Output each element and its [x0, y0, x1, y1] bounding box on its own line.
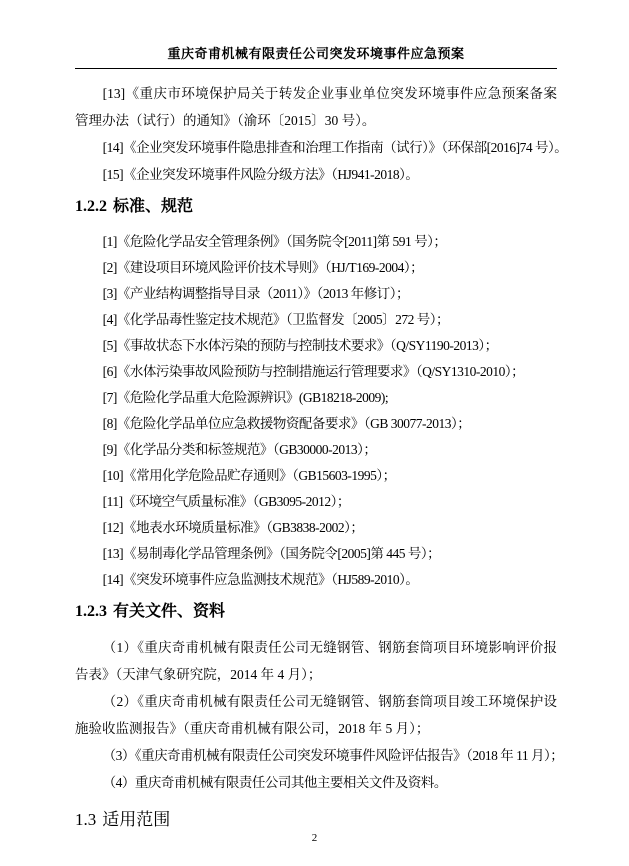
documents-list: （1）《重庆奇甫机械有限责任公司无缝钢管、钢筋套筒项目环境影响评价报告表》（天津… [75, 634, 557, 796]
page-number: 2 [0, 832, 629, 844]
section-number: 1.2.2 [75, 198, 107, 215]
standard-item: [7]《危险化学品重大危险源辨识》(GB18218-2009); [75, 385, 557, 411]
document-item: （1）《重庆奇甫机械有限责任公司无缝钢管、钢筋套筒项目环境影响评价报告表》（天津… [75, 634, 557, 688]
preamble-references: [13]《重庆市环境保护局关于转发企业事业单位突发环境事件应急预案备案管理办法（… [75, 80, 557, 188]
header-title: 重庆奇甫机械有限责任公司突发环境事件应急预案 [75, 46, 557, 62]
standard-item: [3]《产业结构调整指导目录（2011）》（2013 年修订）； [75, 281, 557, 307]
section-number: 1.2.3 [75, 603, 107, 620]
standard-item: [4]《化学品毒性鉴定技术规范》（卫监督发〔2005〕272 号）； [75, 307, 557, 333]
section-heading-1-3: 1.3适用范围 [75, 809, 557, 831]
reference-item: [15]《企业突发环境事件风险分级方法》（HJ941-2018）。 [75, 161, 557, 188]
standard-item: [8]《危险化学品单位应急救援物资配备要求》（GB 30077-2013）； [75, 411, 557, 437]
standard-item: [5]《事故状态下水体污染的预防与控制技术要求》（Q/SY1190-2013）； [75, 333, 557, 359]
section-heading-1-2-3: 1.2.3有关文件、资料 [75, 602, 557, 622]
standard-item: [11]《环境空气质量标准》（GB3095-2012）； [75, 489, 557, 515]
document-item: （2）《重庆奇甫机械有限责任公司无缝钢管、钢筋套筒项目竣工环境保护设施验收监测报… [75, 688, 557, 742]
page-header: 重庆奇甫机械有限责任公司突发环境事件应急预案 [75, 46, 557, 69]
header-rule [75, 68, 557, 69]
standard-item: [6]《水体污染事故风险预防与控制措施运行管理要求》（Q/SY1310-2010… [75, 359, 557, 385]
section-title: 有关文件、资料 [113, 603, 225, 620]
document-page: 重庆奇甫机械有限责任公司突发环境事件应急预案 [13]《重庆市环境保护局关于转发… [0, 0, 629, 866]
document-body: [13]《重庆市环境保护局关于转发企业事业单位突发环境事件应急预案备案管理办法（… [75, 80, 557, 831]
section-title: 适用范围 [102, 810, 170, 829]
section-heading-1-2-2: 1.2.2标准、规范 [75, 197, 557, 217]
section-title: 标准、规范 [113, 198, 193, 215]
standard-item: [12]《地表水环境质量标准》（GB3838-2002）； [75, 515, 557, 541]
standard-item: [14]《突发环境事件应急监测技术规范》（HJ589-2010）。 [75, 567, 557, 593]
standard-item: [10]《常用化学危险品贮存通则》（GB15603-1995）； [75, 463, 557, 489]
document-item: （4）重庆奇甫机械有限责任公司其他主要相关文件及资料。 [75, 769, 557, 796]
reference-item: [13]《重庆市环境保护局关于转发企业事业单位突发环境事件应急预案备案管理办法（… [75, 80, 557, 134]
reference-item: [14]《企业突发环境事件隐患排查和治理工作指南（试行）》（环保部[2016]7… [75, 134, 557, 161]
standard-item: [1]《危险化学品安全管理条例》（国务院令[2011]第 591 号）； [75, 229, 557, 255]
section-number: 1.3 [75, 810, 96, 829]
standard-item: [13]《易制毒化学品管理条例》（国务院令[2005]第 445 号）； [75, 541, 557, 567]
document-item: （3）《重庆奇甫机械有限责任公司突发环境事件风险评估报告》（2018 年 11 … [75, 742, 557, 769]
standard-item: [9]《化学品分类和标签规范》（GB30000-2013）； [75, 437, 557, 463]
standard-item: [2]《建设项目环境风险评价技术导则》（HJ/T169-2004）； [75, 255, 557, 281]
standards-list: [1]《危险化学品安全管理条例》（国务院令[2011]第 591 号）； [2]… [75, 229, 557, 593]
